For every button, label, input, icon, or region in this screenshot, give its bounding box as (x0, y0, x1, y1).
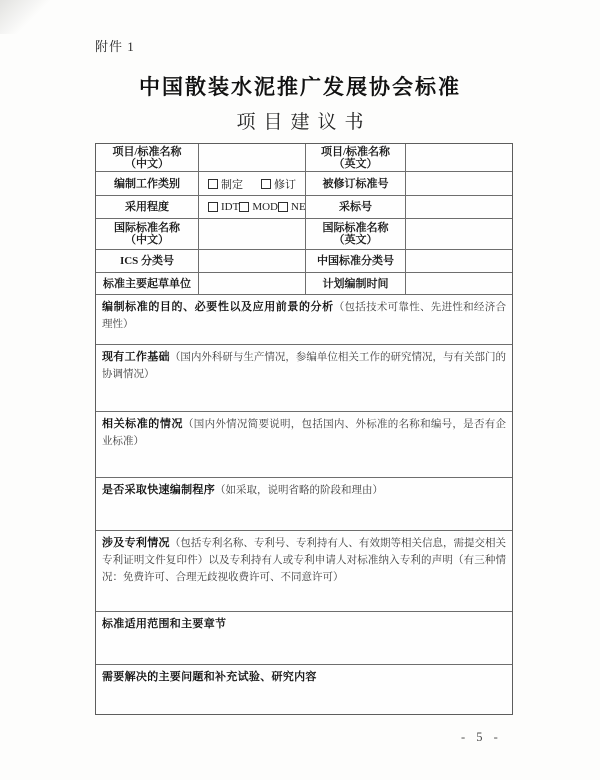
section-purpose-necessity-analysis: 编制标准的目的、必要性以及应用前景的分析（包括技术可靠性、先进性和经济合理性） (96, 295, 512, 345)
input-cell-china-standard-class-no (406, 250, 512, 272)
checkbox-icon (208, 202, 218, 212)
label-text: 项目/标准名称 (321, 146, 390, 158)
checkbox-option-zhiding: 制定 (208, 176, 243, 192)
input-cell-main-drafting-unit (199, 273, 306, 294)
label-text: 国际标准名称 (114, 222, 180, 234)
input-cell-planned-compilation-time (406, 273, 512, 294)
section-text: 现有工作基础（国内外科研与生产情况，参编单位相关工作的研究情况，与有关部门的协调… (96, 345, 512, 383)
table-row-drafting-unit: 标准主要起草单位 计划编制时间 (96, 273, 512, 295)
table-row-intl-standard-name: 国际标准名称 （中文） 国际标准名称 （英文） (96, 219, 512, 250)
checkbox-icon (278, 202, 288, 212)
section-text: 是否采取快速编制程序（如采取，说明省略的阶段和理由） (96, 478, 512, 499)
section-text: 编制标准的目的、必要性以及应用前景的分析（包括技术可靠性、先进性和经济合理性） (96, 295, 512, 333)
input-cell-project-name-cn (199, 144, 306, 171)
label-subtext: （中文） (125, 234, 169, 246)
label-text: 国际标准名称 (323, 222, 389, 234)
checkbox-option-xiuding: 修订 (261, 176, 296, 192)
field-label-revised-standard-no: 被修订标准号 (306, 172, 406, 195)
section-scope-and-chapters: 标准适用范围和主要章节 (96, 612, 512, 665)
checkbox-option-neq: NEQ (278, 201, 306, 213)
checkbox-label: MOD (252, 201, 278, 213)
input-cell-project-name-en (406, 144, 512, 171)
field-label-intl-standard-name-cn: 国际标准名称 （中文） (96, 219, 199, 249)
label-text: 采用程度 (125, 201, 169, 213)
label-text: ICS 分类号 (120, 255, 174, 267)
field-label-adoption-standard-no: 采标号 (306, 196, 406, 218)
label-subtext: （英文） (334, 234, 378, 246)
section-title: 现有工作基础 (102, 351, 170, 363)
field-label-main-drafting-unit: 标准主要起草单位 (96, 273, 199, 294)
field-label-adoption-degree: 采用程度 (96, 196, 199, 218)
section-related-standards: 相关标准的情况（国内外情况简要说明，包括国内、外标准的名称和编号，是否有企业标准… (96, 412, 512, 478)
field-label-planned-compilation-time: 计划编制时间 (306, 273, 406, 294)
table-row-project-name: 项目/标准名称 （中文） 项目/标准名称 （英文） (96, 144, 512, 172)
table-row-adoption-degree: 采用程度 IDT MOD NEQ 采标号 (96, 196, 512, 219)
section-title: 涉及专利情况 (102, 537, 170, 549)
field-label-project-name-cn: 项目/标准名称 （中文） (96, 144, 199, 171)
section-title: 编制标准的目的、必要性以及应用前景的分析 (102, 301, 334, 313)
checkbox-label: 制定 (221, 176, 243, 192)
section-title: 标准适用范围和主要章节 (102, 618, 226, 630)
scan-corner-artifact (0, 0, 60, 34)
input-cell-adoption-standard-no (406, 196, 512, 218)
checkbox-option-idt: IDT (208, 201, 239, 213)
document-page: 附件 1 中国散装水泥推广发展协会标准 项目建议书 项目/标准名称 （中文） 项… (0, 0, 600, 780)
page-number: - 5 - (461, 730, 502, 745)
label-text: 编制工作类别 (114, 178, 180, 190)
label-text: 中国标准分类号 (317, 255, 394, 267)
checkbox-icon (208, 179, 218, 189)
input-cell-intl-standard-name-en (406, 219, 512, 249)
section-text: 标准适用范围和主要章节 (96, 612, 512, 633)
label-text: 标准主要起草单位 (103, 278, 191, 290)
table-row-ics-class: ICS 分类号 中国标准分类号 (96, 250, 512, 273)
input-cell-revised-standard-no (406, 172, 512, 195)
label-text: 被修订标准号 (323, 178, 389, 190)
label-text: 计划编制时间 (323, 278, 389, 290)
field-label-china-standard-class-no: 中国标准分类号 (306, 250, 406, 272)
section-patent-situation: 涉及专利情况（包括专利名称、专利号、专利持有人、有效期等相关信息，需提交相关专利… (96, 531, 512, 612)
work-category-options: 制定 修订 (199, 172, 306, 195)
checkbox-icon (239, 202, 249, 212)
checkbox-label: NEQ (291, 201, 306, 213)
page-subtitle: 项目建议书 (0, 107, 600, 134)
section-text: 需要解决的主要问题和补充试验、研究内容 (96, 665, 512, 686)
label-text: 采标号 (339, 201, 372, 213)
section-title: 相关标准的情况 (102, 418, 183, 430)
input-cell-intl-standard-name-cn (199, 219, 306, 249)
label-subtext: （英文） (334, 158, 378, 170)
attachment-label: 附件 1 (95, 36, 135, 55)
field-label-project-name-en: 项目/标准名称 （英文） (306, 144, 406, 171)
label-subtext: （中文） (125, 158, 169, 170)
proposal-form-table: 项目/标准名称 （中文） 项目/标准名称 （英文） 编制工作类别 制定 (95, 143, 513, 715)
table-row-work-category: 编制工作类别 制定 修订 被修订标准号 (96, 172, 512, 196)
section-note: （如采取，说明省略的阶段和理由） (215, 485, 383, 496)
section-text: 涉及专利情况（包括专利名称、专利号、专利持有人、有效期等相关信息，需提交相关专利… (96, 531, 512, 586)
checkbox-icon (261, 179, 271, 189)
section-title: 是否采取快速编制程序 (102, 484, 215, 496)
field-label-intl-standard-name-en: 国际标准名称 （英文） (306, 219, 406, 249)
section-text: 相关标准的情况（国内外情况简要说明，包括国内、外标准的名称和编号，是否有企业标准… (96, 412, 512, 450)
input-cell-ics-class-no (199, 250, 306, 272)
label-text: 项目/标准名称 (112, 146, 181, 158)
checkbox-label: IDT (221, 201, 239, 213)
section-problems-and-supplementary-tests: 需要解决的主要问题和补充试验、研究内容 (96, 665, 512, 714)
checkbox-label: 修订 (274, 176, 296, 192)
field-label-ics-class-no: ICS 分类号 (96, 250, 199, 272)
checkbox-option-mod: MOD (239, 201, 278, 213)
section-existing-work-basis: 现有工作基础（国内外科研与生产情况，参编单位相关工作的研究情况，与有关部门的协调… (96, 345, 512, 412)
adoption-degree-options: IDT MOD NEQ (199, 196, 306, 218)
section-title: 需要解决的主要问题和补充试验、研究内容 (102, 671, 317, 683)
section-fast-track-procedure: 是否采取快速编制程序（如采取，说明省略的阶段和理由） (96, 478, 512, 531)
page-title: 中国散装水泥推广发展协会标准 (0, 71, 600, 101)
field-label-work-category: 编制工作类别 (96, 172, 199, 195)
